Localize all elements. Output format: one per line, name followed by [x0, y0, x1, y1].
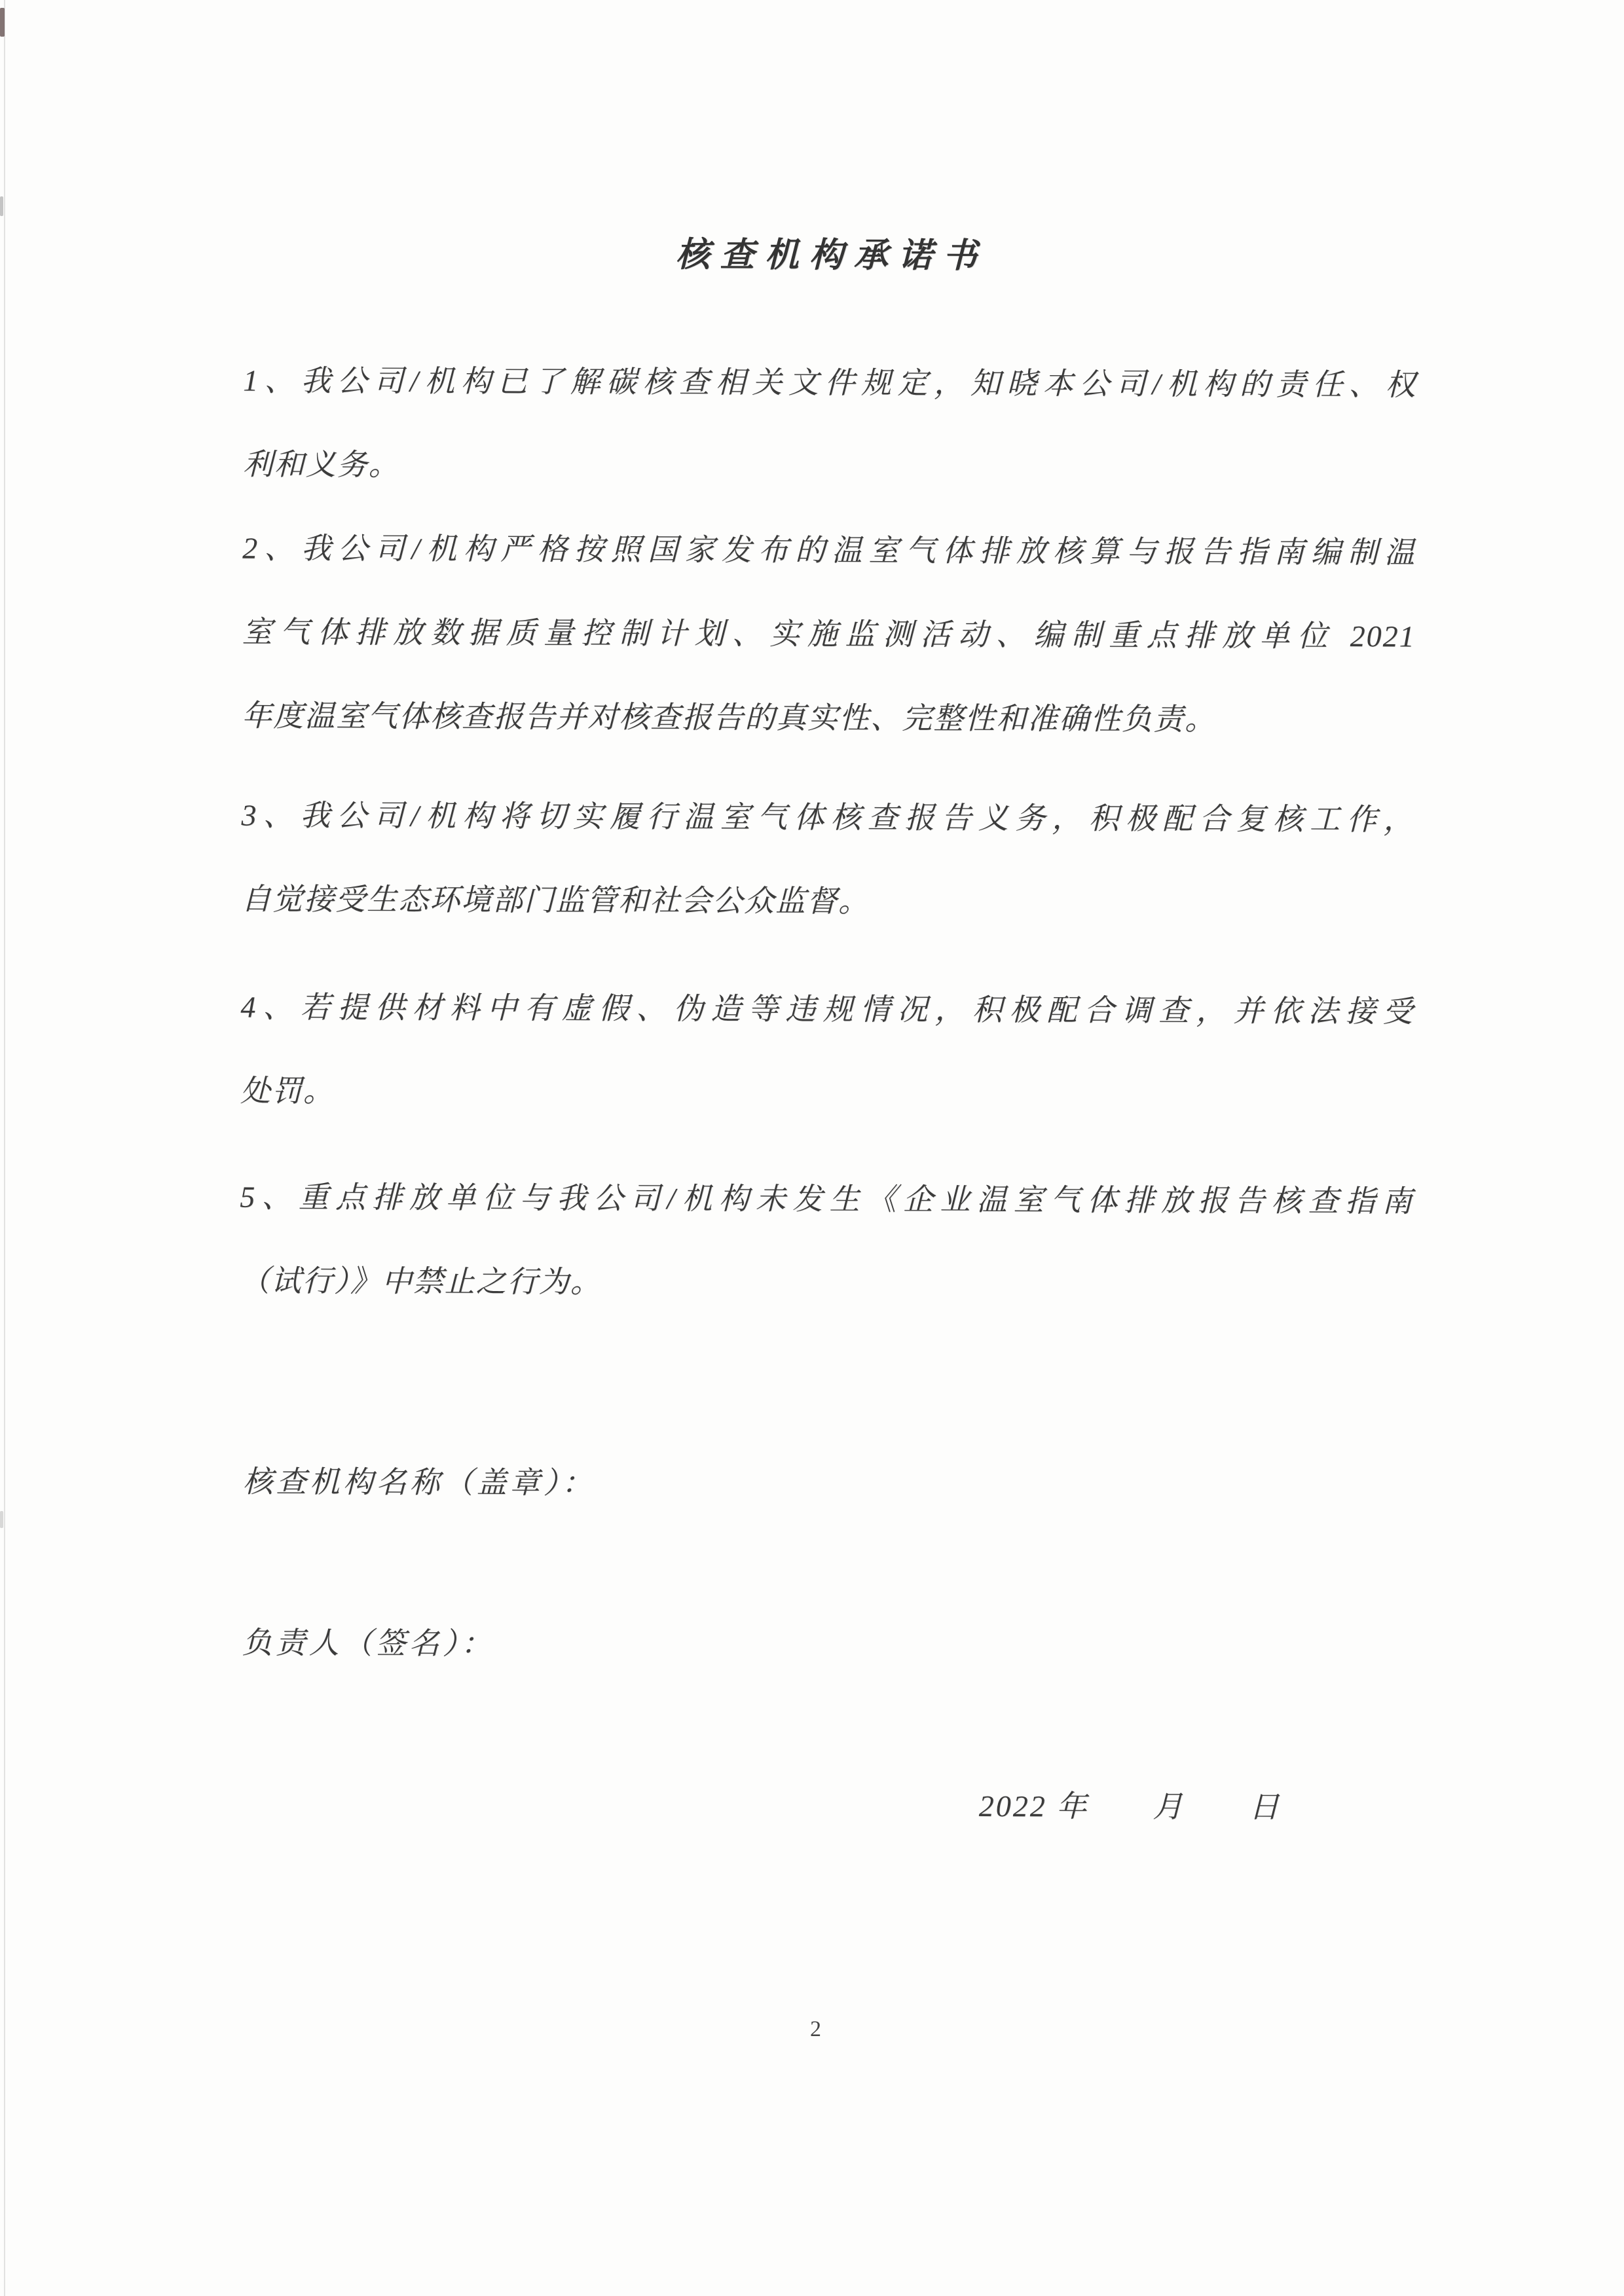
paragraph-line: 5、重点排放单位与我公司/机构未发生《企业温室气体排放报告核查指南: [240, 1156, 1413, 1244]
clause-2: 2、我公司/机构严格按照国家发布的温室气体排放核算与报告指南编制温 室气体排放数…: [242, 507, 1416, 763]
clause-1: 1、我公司/机构已了解碳核查相关文件规定，知晓本公司/机构的责任、权 利和义务。: [242, 339, 1416, 511]
paragraph-line: 处罚。: [240, 1049, 1414, 1138]
responsible-person-signature-label: 负责人（签名）：: [242, 1601, 1415, 1690]
scanned-document-page: 核查机构承诺书 1、我公司/机构已了解碳核查相关文件规定，知晓本公司/机构的责任…: [0, 0, 1624, 2296]
paragraph-line: 3、我公司/机构将切实履行温室气体核查报告义务，积极配合复核工作，: [241, 774, 1414, 862]
clause-4: 4、若提供材料中有虚假、伪造等违规情况，积极配合调查，并依法接受 处罚。: [240, 966, 1414, 1138]
paragraph-line: 4、若提供材料中有虚假、伪造等违规情况，积极配合调查，并依法接受: [240, 966, 1414, 1054]
agency-name-seal-label: 核查机构名称（盖章）：: [242, 1440, 1416, 1529]
paragraph-line: （试行）》中禁止之行为。: [240, 1239, 1413, 1328]
paragraph-line: 年度温室气体核查报告并对核查报告的真实性、完整性和准确性负责。: [242, 674, 1415, 763]
clause-3: 3、我公司/机构将切实履行温室气体核查报告义务，积极配合复核工作， 自觉接受生态…: [241, 774, 1415, 946]
paragraph-line: 室气体排放数据质量控制计划、实施监测活动、编制重点排放单位 2021: [242, 591, 1415, 679]
document-content: 核查机构承诺书 1、我公司/机构已了解碳核查相关文件规定，知晓本公司/机构的责任…: [0, 0, 1624, 2296]
paragraph-line: 利和义务。: [242, 423, 1416, 511]
paragraph-line: 2、我公司/机构严格按照国家发布的温室气体排放核算与报告指南编制温: [242, 507, 1416, 595]
clause-5: 5、重点排放单位与我公司/机构未发生《企业温室气体排放报告核查指南 （试行）》中…: [240, 1156, 1414, 1328]
date-line: 2022 年 月 日: [979, 1764, 1282, 1850]
paragraph-line: 1、我公司/机构已了解碳核查相关文件规定，知晓本公司/机构的责任、权: [243, 339, 1416, 428]
document-title: 核查机构承诺书: [20, 227, 1624, 285]
paragraph-line: 自觉接受生态环境部门监管和社会公众监督。: [241, 858, 1414, 946]
page-number: 2: [3, 2012, 1624, 2047]
